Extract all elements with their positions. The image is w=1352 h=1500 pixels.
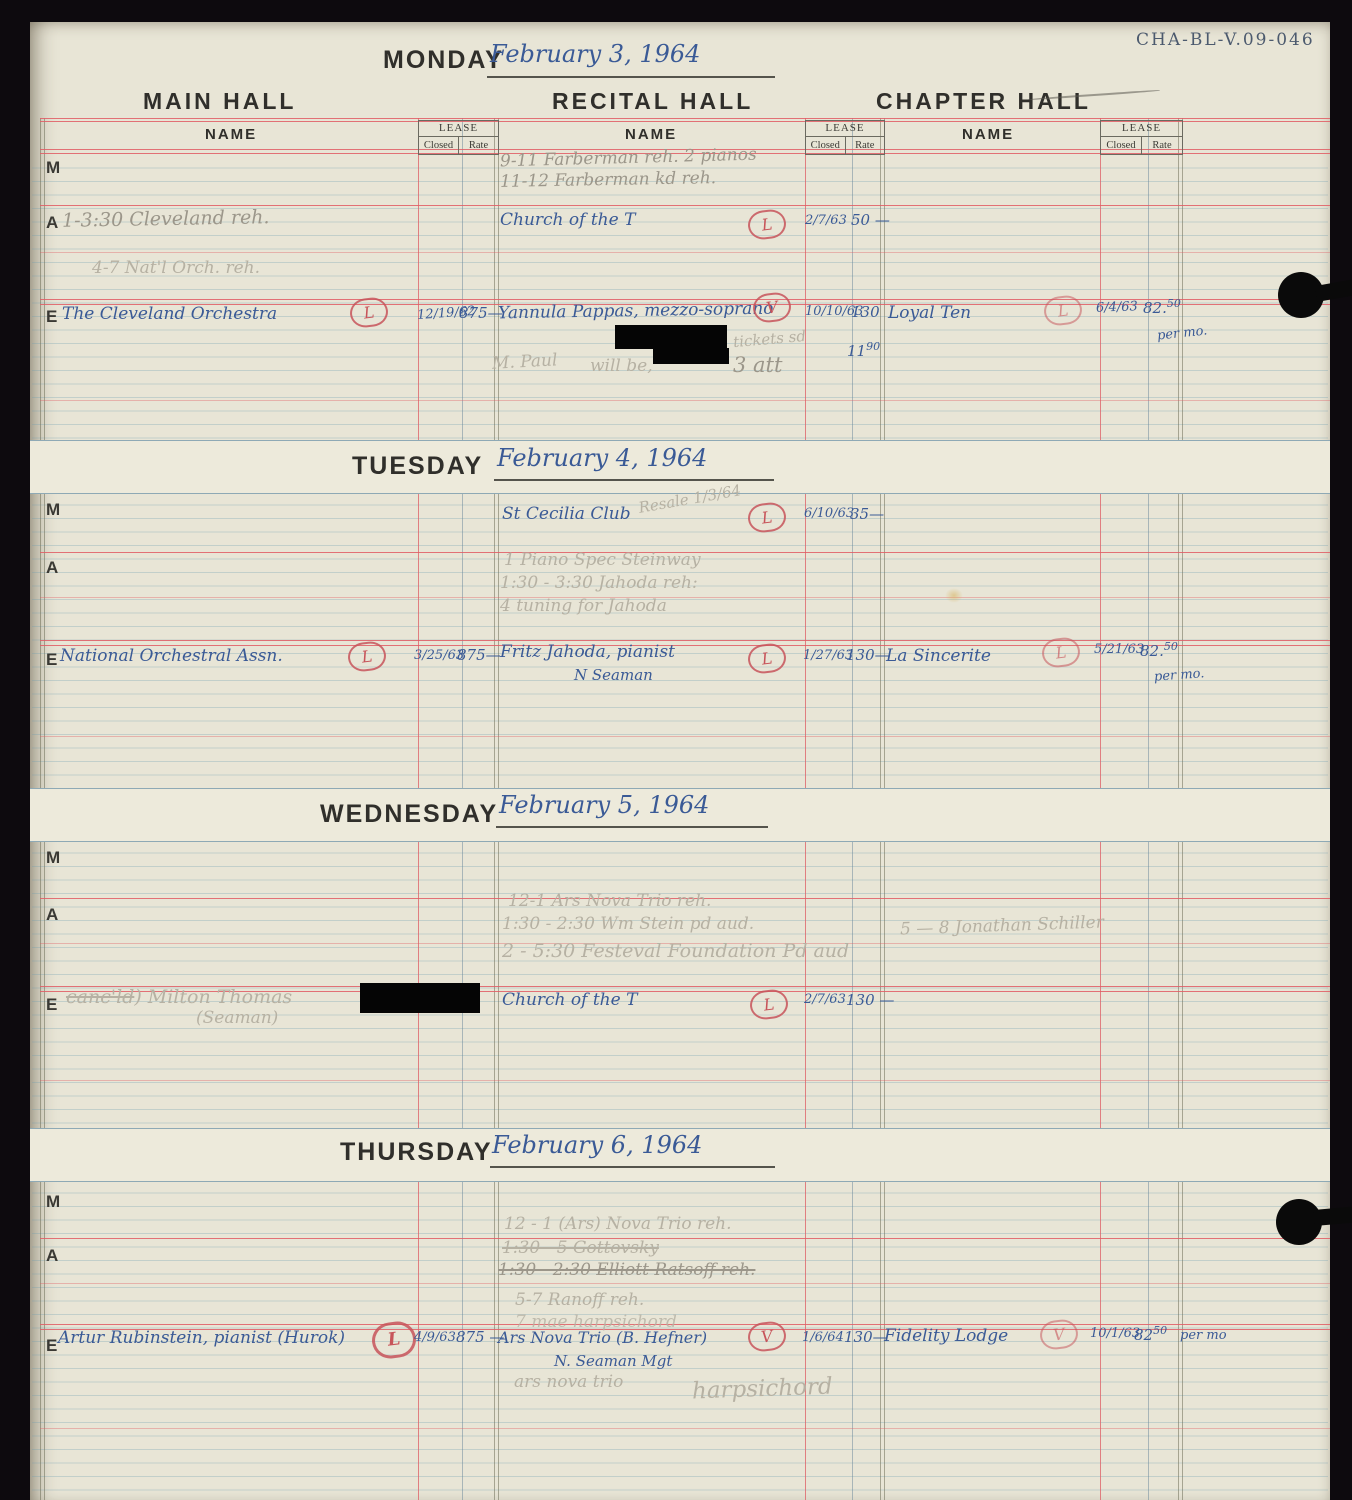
entry-recital-afternoon-note: 1:30 - 2:30 Wm Stein pd aud. — [502, 914, 754, 934]
entry-recital-afternoon-note: 12-1 Ars Nova Trio reh. — [508, 891, 711, 911]
vertical-rule — [805, 840, 806, 1128]
entry-chapter-evening-name: La Sincerite — [886, 646, 991, 666]
column-header-name: NAME — [205, 126, 257, 143]
entry-main-evening-name: Artur Rubinstein, pianist (Hurok) — [58, 1328, 345, 1348]
entry-main-afternoon-note: 1-3:30 Cleveland reh. — [62, 206, 270, 232]
day-thursday-date: February 6, 1964 — [492, 1131, 702, 1159]
row-label-evening: E — [46, 995, 57, 1015]
pencil-note-harpsichord: harpsichord — [692, 1374, 833, 1405]
vertical-rule — [1178, 118, 1179, 440]
row-rule — [40, 736, 1330, 737]
vertical-rule — [880, 118, 881, 440]
row-label-evening: E — [46, 650, 57, 670]
row-rule — [40, 1283, 1330, 1284]
lease-rate-value: 82.50 — [1140, 640, 1178, 660]
entry-recital-note: 5-7 Ranoff reh. — [515, 1290, 644, 1310]
date-underline — [487, 76, 775, 78]
paper-stain — [945, 588, 963, 603]
row-rule — [40, 640, 1330, 641]
entry-recital-note: 12 - 1 (Ars) Nova Trio reh. — [504, 1214, 732, 1234]
lease-rate-value: 130 — [851, 303, 880, 321]
lease-closed-date: 2/7/63 — [804, 992, 846, 1007]
entry-main-afternoon-note: 4-7 Nat'l Orch. reh. — [92, 258, 260, 278]
lease-closed-label: Closed — [806, 137, 846, 154]
vertical-rule — [1178, 840, 1179, 1128]
row-label-evening: E — [46, 307, 57, 327]
entry-recital-evening-manager: N. Seaman Mgt — [554, 1352, 672, 1370]
entry-recital-morning-note: 11-12 Farberman kd reh. — [500, 168, 716, 192]
archival-reference-number: CHA-BL-V.09-046 — [1136, 30, 1315, 50]
lease-closed-date: 6/10/63 — [804, 506, 854, 521]
day-monday-label: MONDAY — [383, 46, 504, 75]
lease-rate-label: Rate — [459, 137, 498, 154]
vertical-rule — [880, 840, 881, 1128]
redaction-box — [615, 325, 727, 349]
lease-closed-date: 6/4/63 — [1096, 299, 1138, 315]
pencil-note-attendance: 3 att — [733, 353, 782, 377]
lease-amount-note: 1190 — [847, 340, 880, 360]
row-label-morning: M — [46, 1192, 60, 1212]
entry-main-evening-pencil: (Seaman) — [196, 1008, 278, 1028]
date-underline — [494, 479, 774, 481]
redaction-box — [360, 983, 480, 1013]
day-tuesday-label: TUESDAY — [352, 452, 483, 481]
entry-recital-evening-manager: N Seaman — [574, 666, 653, 684]
row-label-morning: M — [46, 500, 60, 520]
pencil-note: M. Paul — [492, 350, 558, 373]
entry-recital-evening-name: Ars Nova Trio (B. Hefner) — [498, 1328, 707, 1347]
day-monday-date: February 3, 1964 — [490, 40, 700, 68]
vertical-rule — [1148, 118, 1149, 440]
day-thursday-label: THURSDAY — [340, 1138, 493, 1167]
vertical-rule — [498, 840, 499, 1128]
lease-rate-value: 35— — [850, 505, 884, 523]
row-label-afternoon: A — [46, 558, 58, 578]
row-rule — [40, 1238, 1330, 1239]
hall-title-main: MAIN HALL — [143, 88, 296, 115]
lease-rate-value: 130 — — [846, 991, 894, 1009]
row-rule — [40, 118, 1330, 119]
lease-label: LEASE — [806, 121, 884, 137]
lease-rate-value: 130— — [846, 646, 890, 664]
entry-chapter-evening-name: Loyal Ten — [888, 303, 971, 323]
vertical-rule — [462, 118, 463, 440]
row-rule — [40, 400, 1330, 401]
lease-rate-value: 875— — [457, 646, 501, 664]
redaction-box — [653, 348, 729, 364]
lease-rate-value: 130— — [844, 1328, 888, 1346]
day-wednesday-label: WEDNESDAY — [320, 800, 498, 829]
entry-recital-afternoon-note: 1 Piano Spec Steinway — [504, 550, 701, 570]
vertical-rule — [884, 118, 885, 440]
punch-hole-stem — [1313, 1207, 1352, 1226]
lease-header-main: LEASE Closed Rate — [418, 120, 499, 155]
pencil-note: ars nova trio — [514, 1372, 623, 1392]
vertical-rule — [852, 118, 853, 440]
column-header-name: NAME — [962, 126, 1014, 143]
row-label-evening: E — [46, 1336, 57, 1356]
lease-header-chapter: LEASE Closed Rate — [1100, 120, 1183, 155]
lease-closed-date: 1/6/64 — [802, 1330, 844, 1345]
lease-rate-value: 875— — [459, 304, 503, 322]
lease-label: LEASE — [419, 121, 498, 137]
date-underline — [496, 826, 768, 828]
ruled-lines-monday — [32, 155, 1328, 440]
entry-recital-morning-name: St Cecilia Club — [502, 504, 631, 524]
row-label-afternoon: A — [46, 1246, 58, 1266]
lease-closed-date: 5/21/63 — [1094, 642, 1144, 657]
vertical-rule — [1100, 840, 1101, 1128]
entry-main-evening-name: National Orchestral Assn. — [60, 646, 283, 666]
vertical-rule — [418, 118, 419, 440]
entry-recital-afternoon-note: 2 - 5:30 Festeval Foundation Pd aud — [502, 940, 849, 962]
lease-label: LEASE — [1101, 121, 1182, 137]
day-tuesday-date: February 4, 1964 — [497, 444, 707, 472]
entry-recital-afternoon-note: 4 tuning for Jahoda — [500, 596, 667, 616]
vertical-rule — [1178, 1180, 1179, 1500]
lease-closed-date: 2/7/63 — [805, 213, 847, 228]
vertical-rule — [884, 840, 885, 1128]
column-header-name: NAME — [625, 126, 677, 143]
day-wednesday-date: February 5, 1964 — [499, 791, 709, 819]
lease-closed-label: Closed — [419, 137, 459, 154]
lease-rate-value: 82.50 — [1143, 297, 1181, 317]
row-label-afternoon: A — [46, 905, 58, 925]
hall-title-chapter: CHAPTER HALL — [876, 88, 1091, 115]
entry-recital-evening-name: Fritz Jahoda, pianist — [500, 642, 675, 662]
vertical-rule — [494, 118, 495, 440]
entry-recital-note-struck: 1:30 - 5 Gottovsky — [502, 1238, 659, 1258]
entry-recital-afternoon-note: 1:30 - 3:30 Jahoda reh: — [500, 573, 698, 593]
lease-closed-label: Closed — [1101, 137, 1142, 154]
row-rule — [40, 1428, 1330, 1429]
vertical-rule — [1148, 840, 1149, 1128]
hall-title-recital: RECITAL HALL — [552, 88, 753, 115]
lease-rate-period: per mo — [1180, 1328, 1227, 1343]
row-label-morning: M — [46, 848, 60, 868]
vertical-rule — [498, 118, 499, 440]
ruled-lines-wednesday — [32, 840, 1328, 1128]
lease-closed-date: 4/9/63 — [414, 1330, 456, 1345]
row-rule — [40, 1080, 1330, 1081]
vertical-rule — [1182, 118, 1183, 440]
lease-header-recital: LEASE Closed Rate — [805, 120, 885, 155]
lease-rate-value: 50 — — [851, 211, 890, 229]
entry-recital-note-struck: 1:30 - 2:30 Elliott Ratsoff reh. — [498, 1260, 755, 1280]
lease-closed-date: 10/1/63 — [1090, 1326, 1140, 1341]
entry-recital-afternoon-name: Church of the T — [500, 210, 635, 230]
entry-recital-evening-name: Church of the T — [502, 990, 637, 1010]
entry-main-evening-name: The Cleveland Orchestra — [62, 304, 277, 324]
vertical-rule — [805, 118, 806, 440]
vertical-rule — [852, 840, 853, 1128]
date-underline — [490, 1166, 775, 1168]
row-rule — [40, 597, 1330, 598]
lease-rate-label: Rate — [846, 137, 885, 154]
vertical-rule — [1100, 118, 1101, 440]
row-label-afternoon: A — [46, 213, 58, 233]
vertical-rule — [494, 840, 495, 1128]
lease-rate-label: Rate — [1142, 137, 1182, 154]
lease-rate-value: 8250 — [1134, 1324, 1167, 1344]
row-rule — [40, 252, 1330, 253]
vertical-rule — [1182, 840, 1183, 1128]
row-label-morning: M — [46, 158, 60, 178]
pencil-note: will be, — [590, 356, 653, 376]
entry-main-evening-pencil: canc'ld) Milton Thomas — [66, 986, 292, 1008]
entry-chapter-evening-name: Fidelity Lodge — [884, 1326, 1008, 1346]
